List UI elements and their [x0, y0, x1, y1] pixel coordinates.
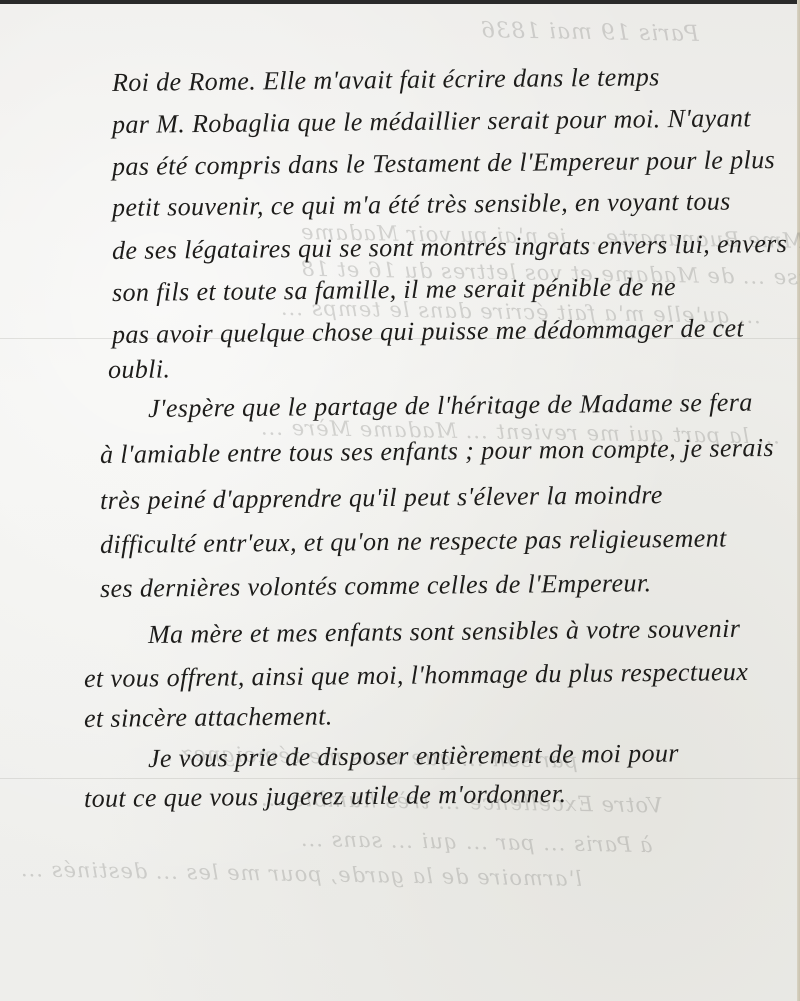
bleed-through-line: à Paris ... par ... qui ... sans ... — [300, 827, 653, 857]
letter-line: son fils et toute sa famille, il me sera… — [112, 272, 676, 308]
letter-line: très peiné d'apprendre qu'il peut s'élev… — [100, 480, 663, 516]
letter-line: et sincère attachement. — [84, 701, 333, 734]
letter-line: Je vous prie de disposer entièrement de … — [148, 738, 679, 774]
scan-top-edge — [0, 0, 800, 4]
letter-line: par M. Robaglia que le médaillier serait… — [112, 103, 751, 140]
letter-line: tout ce que vous jugerez utile de m'ordo… — [84, 779, 567, 814]
letter-line: de ses légataires qui se sont montrés in… — [112, 229, 788, 266]
letter-line: difficulté entr'eux, et qu'on ne respect… — [100, 523, 727, 560]
letter-line: et vous offrent, ainsi que moi, l'hommag… — [84, 657, 748, 694]
letter-line: pas été compris dans le Testament de l'E… — [112, 145, 775, 182]
letter-line: pas avoir quelque chose qui puisse me dé… — [112, 313, 744, 350]
letter-line: J'espère que le partage de l'héritage de… — [148, 388, 753, 424]
letter-line: à l'amiable entre tous ses enfants ; pou… — [100, 433, 774, 470]
letter-line: petit souvenir, ce qui m'a été très sens… — [112, 187, 731, 223]
bleed-through-date: Paris 19 mai 1836 — [480, 18, 699, 47]
letter-line: oubli. — [108, 354, 171, 385]
bleed-through-line: l'armoire de la garde, pour me les ... d… — [20, 857, 582, 891]
letter-line: Roi de Rome. Elle m'avait fait écrire da… — [112, 62, 660, 98]
letter-page: Paris 19 mai 1836 chez Mme Buonaparte ..… — [0, 0, 800, 1001]
letter-line: ses dernières volontés comme celles de l… — [100, 568, 652, 604]
paper-fold-line — [0, 778, 800, 779]
letter-line: Ma mère et mes enfants sont sensibles à … — [148, 614, 741, 650]
